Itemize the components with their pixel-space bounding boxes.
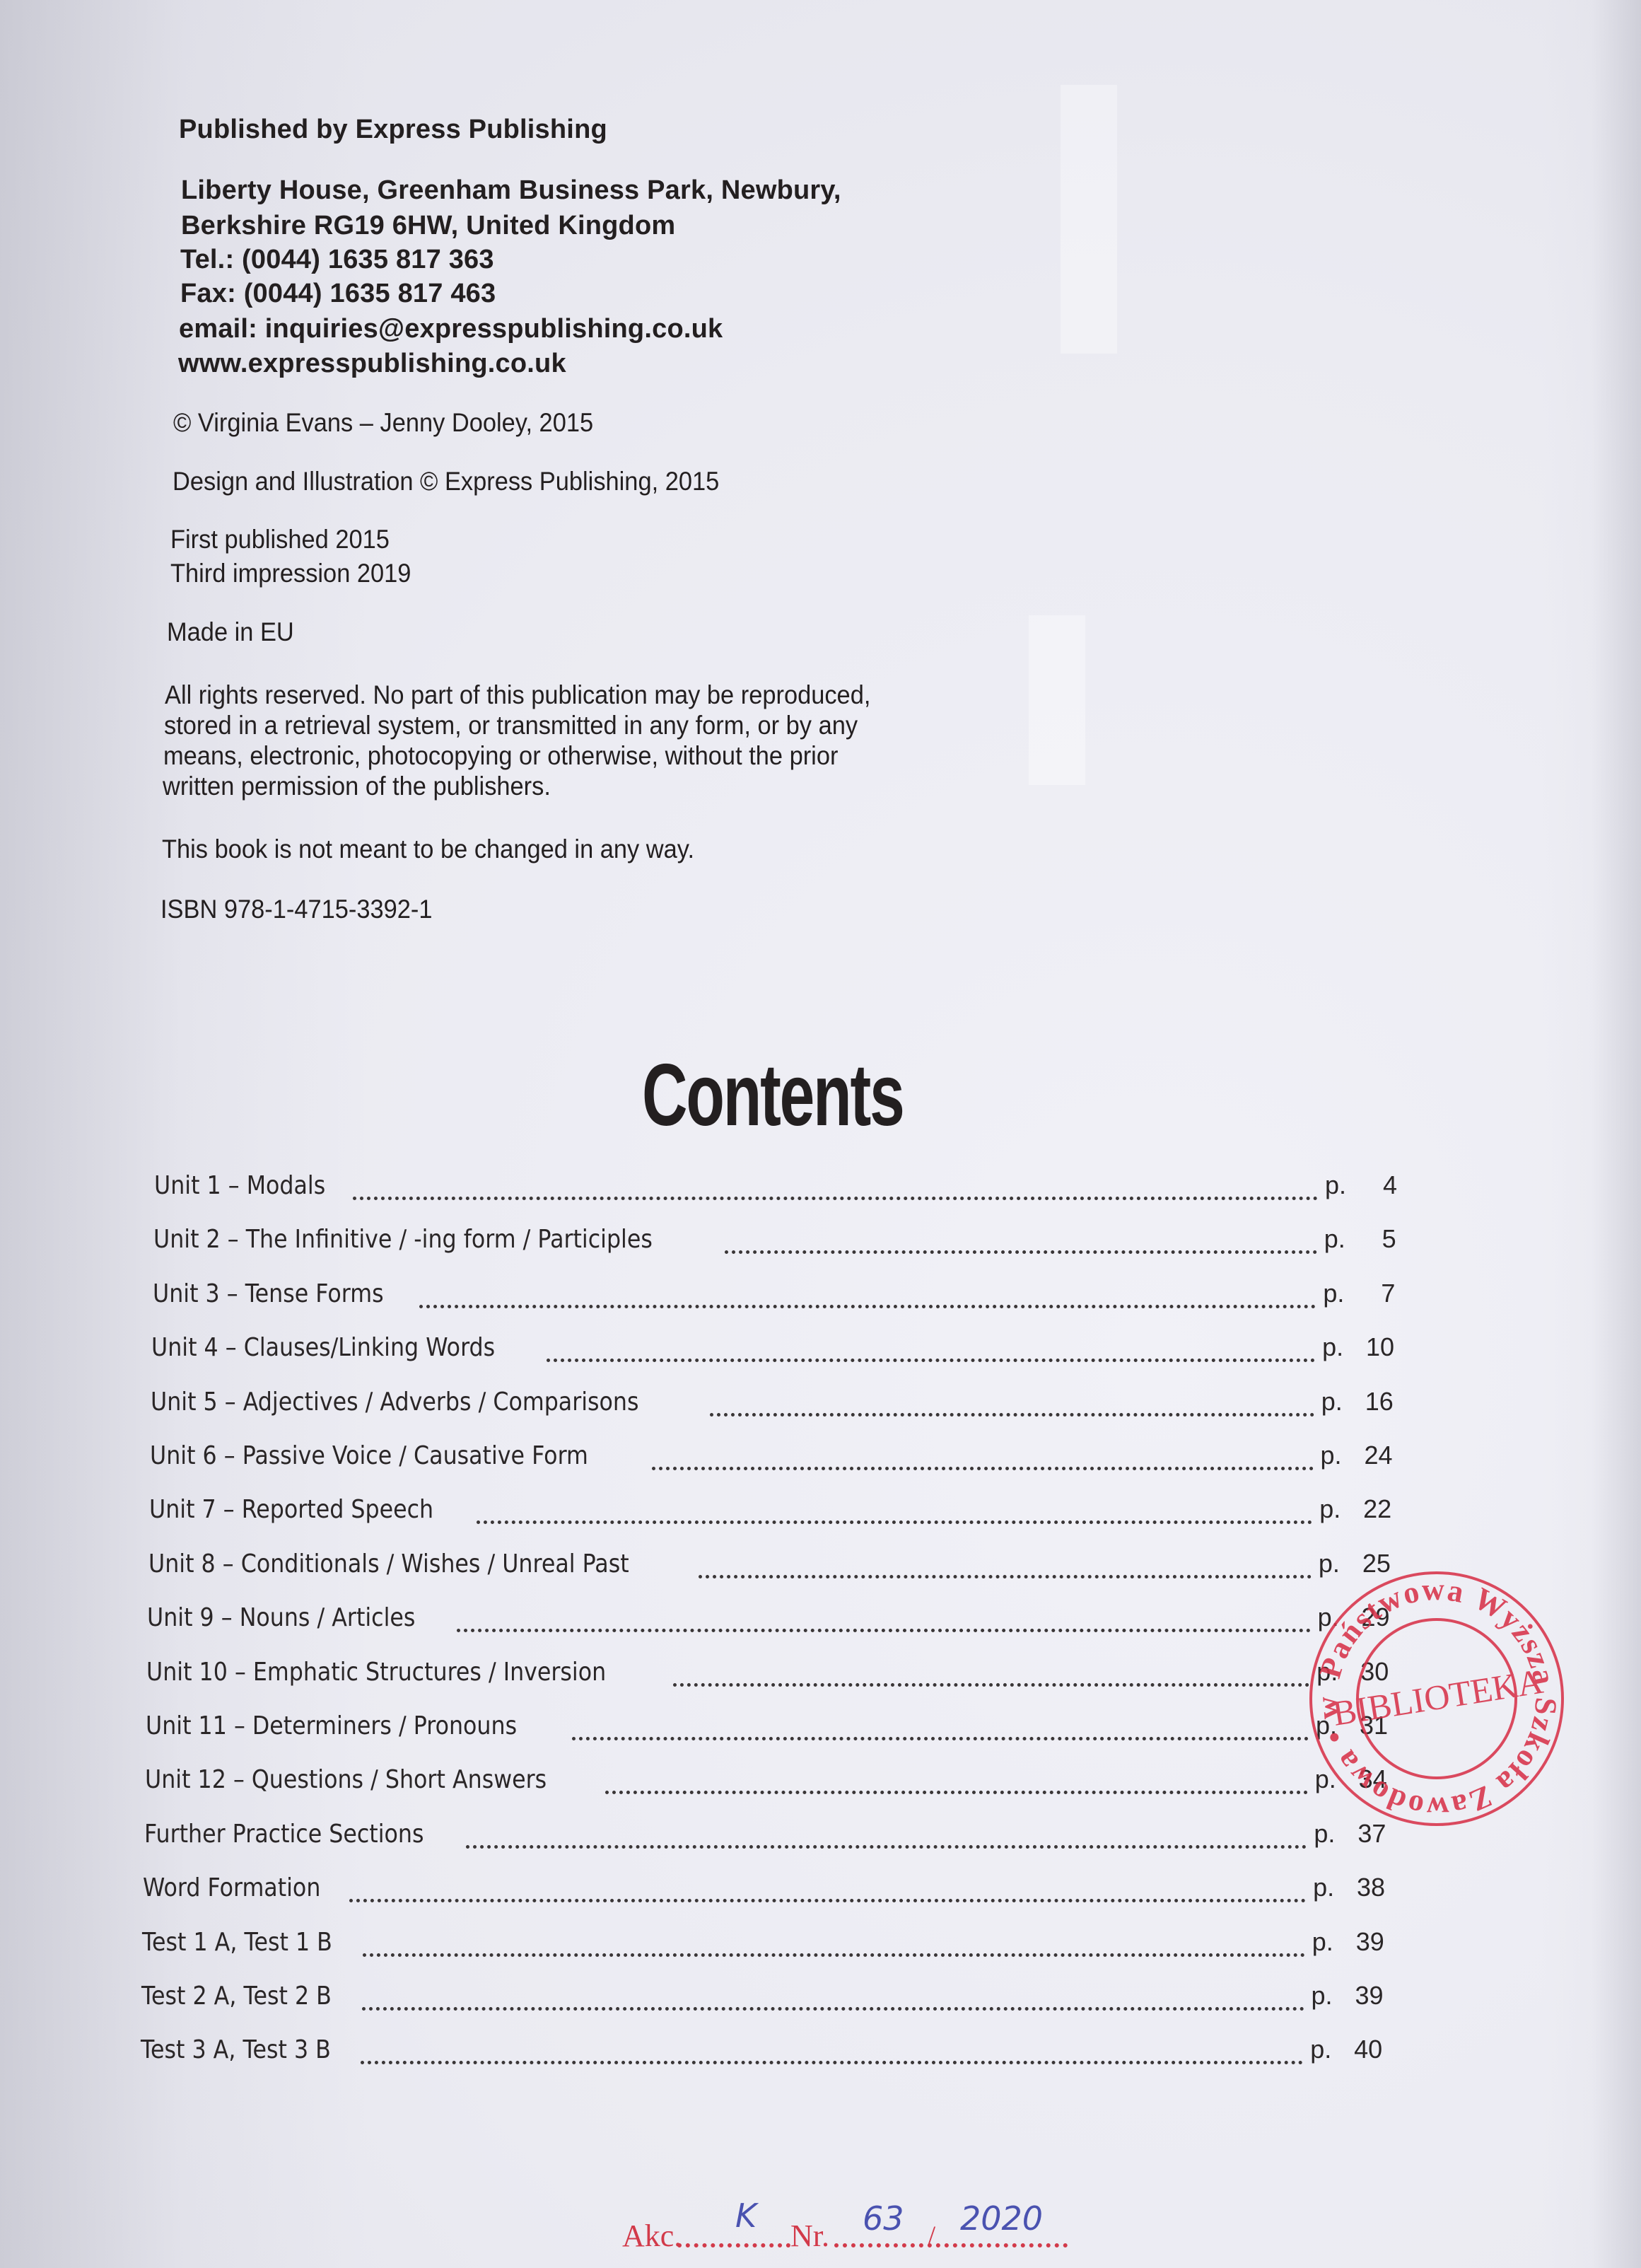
toc-entry-title: Unit 4 – Clauses/Linking Words [151,1333,495,1362]
toc-leader-dots [349,1899,1306,1902]
toc-leader-dots [725,1250,1317,1254]
toc-entry[interactable]: Unit 9 – Nouns / Articlesp.29 [147,1603,1389,1638]
rights-line: means, electronic, photocopying or other… [163,741,838,771]
toc-entry[interactable]: Unit 2 – The Infinitive / -ing form / Pa… [153,1224,1396,1260]
akc-handwritten: K [735,2197,757,2235]
toc-leader-dots [673,1683,1309,1687]
toc-page-number: 39 [1343,1927,1384,1957]
toc-page-number: 4 [1356,1170,1397,1200]
toc-page-prefix: p. [1315,1764,1346,1794]
accession-number: Akc. K Nr. 63 / 2020 [622,2206,1103,2256]
toc-leader-dots [353,1197,1318,1200]
toc-leader-dots [457,1629,1311,1632]
toc-entry-title: Unit 9 – Nouns / Articles [147,1603,415,1632]
toc-page-prefix: p. [1316,1657,1348,1687]
toc-leader-dots [361,2061,1303,2064]
toc-entry[interactable]: Unit 4 – Clauses/Linking Wordsp.10 [151,1332,1394,1368]
akc-dots [677,2243,790,2247]
toc-page-number: 25 [1350,1549,1391,1578]
isbn: ISBN 978-1-4715-3392-1 [160,895,432,924]
toc-page-prefix: p. [1325,1170,1356,1200]
show-through-shape [1029,615,1085,785]
toc-entry-title: Further Practice Sections [144,1820,424,1849]
toc-entry-title: Unit 3 – Tense Forms [153,1279,384,1308]
toc-page-prefix: p. [1319,1549,1350,1578]
toc-leader-dots [466,1845,1307,1849]
rights-line: written permission of the publishers. [163,772,551,801]
toc-page-number: 29 [1349,1603,1390,1632]
toc-page-prefix: p. [1322,1332,1353,1362]
copyright-authors: © Virginia Evans – Jenny Dooley, 2015 [173,408,593,438]
contents-heading: Contents [642,1045,904,1146]
toc-page-prefix: p. [1312,1927,1343,1957]
toc-entry-title: Unit 11 – Determiners / Pronouns [146,1711,517,1740]
nr-label: Nr. [790,2218,829,2254]
toc-entry[interactable]: Unit 12 – Questions / Short Answersp.34 [145,1764,1387,1800]
toc-entry-title: Unit 6 – Passive Voice / Causative Form [150,1441,588,1470]
toc-leader-dots [362,2007,1304,2011]
toc-entry-title: Unit 5 – Adjectives / Adverbs / Comparis… [151,1388,639,1417]
website-link[interactable]: www.expresspublishing.co.uk [178,349,566,379]
toc-entry-title: Unit 2 – The Infinitive / -ing form / Pa… [153,1225,653,1254]
first-published: First published 2015 [170,525,390,554]
impression-line: Third impression 2019 [170,559,411,588]
toc-page-prefix: p. [1314,1819,1345,1849]
toc-entry[interactable]: Unit 3 – Tense Formsp.7 [153,1279,1396,1314]
nr-dots [834,2243,1068,2247]
toc-entry[interactable]: Unit 8 – Conditionals / Wishes / Unreal … [148,1549,1391,1584]
toc-page-prefix: p. [1318,1603,1349,1632]
toc-entry-title: Unit 10 – Emphatic Structures / Inversio… [146,1658,606,1687]
rights-line: All rights reserved. No part of this pub… [165,680,870,710]
publisher-line: Published by Express Publishing [179,115,607,145]
address-line: Liberty House, Greenham Business Park, N… [181,175,841,206]
toc-leader-dots [699,1575,1312,1578]
toc-entry-title: Test 2 A, Test 2 B [141,1982,332,2011]
toc-page-prefix: p. [1324,1224,1355,1254]
toc-page-number: 34 [1346,1764,1387,1794]
toc-page-number: 7 [1354,1279,1395,1308]
toc-page-prefix: p. [1312,1981,1343,2011]
email-link[interactable]: email: inquiries@expresspublishing.co.uk [179,314,723,344]
toc-entry[interactable]: Unit 6 – Passive Voice / Causative Formp… [150,1441,1393,1476]
toc-page-prefix: p. [1321,1441,1352,1470]
toc-entry-title: Unit 12 – Questions / Short Answers [145,1765,547,1794]
toc-entry[interactable]: Further Practice Sectionsp.37 [144,1819,1386,1854]
toc-entry-title: Unit 8 – Conditionals / Wishes / Unreal … [148,1549,629,1578]
made-in: Made in EU [167,617,294,647]
toc-page-number: 22 [1350,1494,1391,1524]
toc-entry[interactable]: Unit 10 – Emphatic Structures / Inversio… [146,1657,1389,1692]
toc-page-prefix: p. [1316,1711,1347,1740]
toc-entry-title: Test 1 A, Test 1 B [142,1928,332,1957]
toc-page-number: 10 [1353,1332,1394,1362]
toc-leader-dots [363,1953,1305,1957]
no-change-notice: This book is not meant to be changed in … [162,834,694,864]
nr-separator: / [928,2219,935,2252]
telephone-line: Tel.: (0044) 1635 817 363 [180,245,494,275]
toc-page-number: 37 [1345,1819,1386,1849]
toc-page-number: 40 [1341,2035,1382,2064]
toc-page-number: 39 [1343,1981,1384,2011]
copyright-design: Design and Illustration © Express Publis… [173,467,719,496]
toc-page-prefix: p. [1321,1387,1353,1417]
toc-leader-dots [605,1791,1307,1794]
toc-page-number: 24 [1352,1441,1393,1470]
toc-entry[interactable]: Unit 5 – Adjectives / Adverbs / Comparis… [151,1387,1394,1422]
toc-page-number: 5 [1355,1224,1396,1254]
toc-entry[interactable]: Unit 7 – Reported Speechp.22 [149,1494,1391,1530]
toc-page-prefix: p. [1310,2035,1341,2064]
address-line: Berkshire RG19 6HW, United Kingdom [181,211,675,241]
toc-leader-dots [547,1359,1315,1362]
toc-entry[interactable]: Test 3 A, Test 3 Bp.40 [141,2035,1382,2070]
toc-leader-dots [710,1413,1314,1417]
toc-entry-title: Unit 7 – Reported Speech [149,1495,433,1524]
toc-leader-dots [477,1520,1312,1524]
nr-handwritten: 63 [863,2199,904,2238]
toc-entry[interactable]: Test 1 A, Test 1 Bp.39 [142,1927,1384,1962]
toc-entry[interactable]: Unit 11 – Determiners / Pronounsp.31 [146,1711,1388,1746]
toc-entry[interactable]: Test 2 A, Test 2 Bp.39 [141,1981,1384,2016]
toc-leader-dots [572,1737,1309,1740]
year-handwritten: 2020 [960,2199,1043,2238]
fax-line: Fax: (0044) 1635 817 463 [180,279,496,309]
toc-page-number: 30 [1348,1657,1389,1687]
toc-page-number: 16 [1353,1387,1394,1417]
toc-page-prefix: p. [1323,1279,1354,1308]
rights-line: stored in a retrieval system, or transmi… [164,711,858,740]
toc-entry-title: Unit 1 – Modals [154,1171,325,1200]
toc-entry-title: Test 3 A, Test 3 B [141,2035,331,2064]
show-through-shape [1061,85,1117,354]
toc-page-number: 38 [1344,1873,1385,1902]
toc-page-prefix: p. [1313,1873,1344,1902]
toc-page-prefix: p. [1319,1494,1350,1524]
toc-leader-dots [419,1305,1316,1308]
toc-entry[interactable]: Unit 1 – Modalsp.4 [154,1170,1397,1206]
akc-label: Akc. [622,2218,682,2254]
toc-entry[interactable]: Word Formationp.38 [143,1873,1385,1908]
toc-entry-title: Word Formation [143,1873,320,1902]
toc-page-number: 31 [1347,1711,1388,1740]
toc-leader-dots [652,1467,1313,1470]
